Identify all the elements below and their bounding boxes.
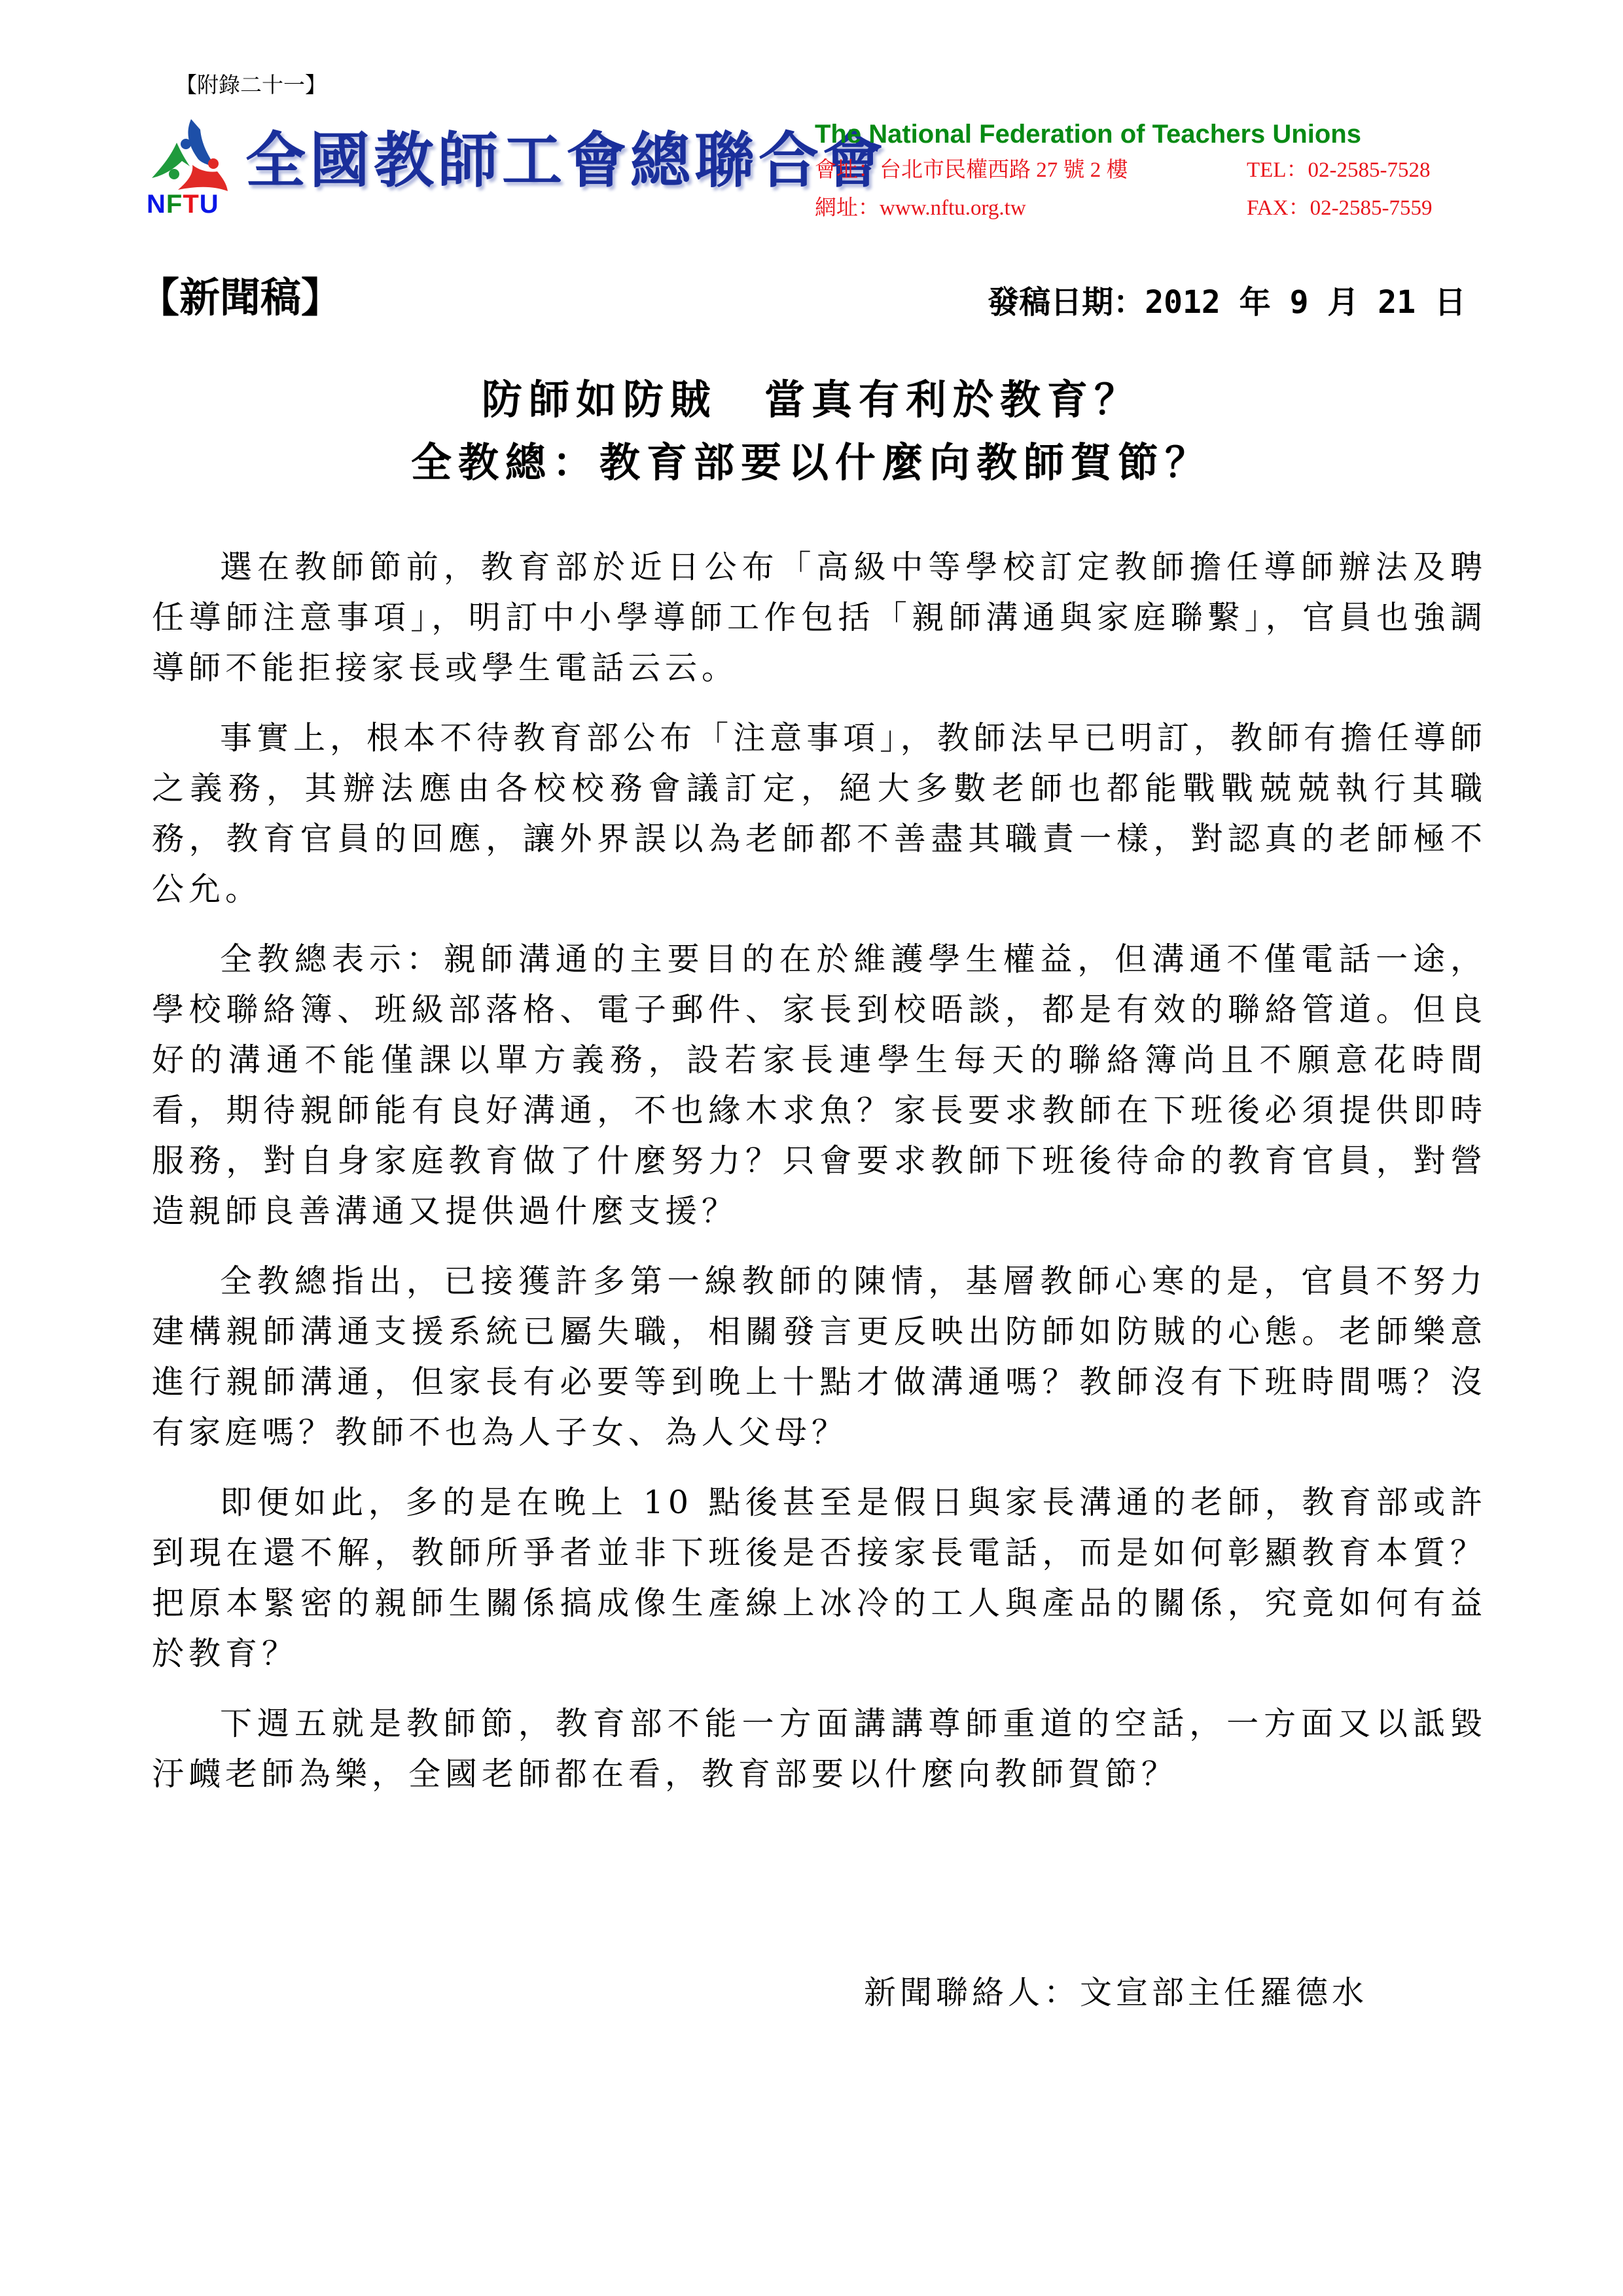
paragraph: 即便如此，多的是在晚上 10 點後甚至是假日與家長溝通的老師，教育部或許到現在還…: [152, 1477, 1487, 1679]
org-address: 會址：台北市民權西路 27 號 2 樓: [815, 157, 1128, 183]
logo-letter-f: F: [166, 191, 183, 217]
release-date: 發稿日期：2012 年 9 月 21 日: [988, 281, 1466, 323]
org-name-chinese: 全國教師工會總聯合會: [245, 124, 887, 196]
article-body: 選在教師節前，教育部於近日公布「高級中等學校訂定教師擔任導師辦法及聘任導師注意事…: [152, 542, 1487, 1819]
headline-secondary: 全教總：教育部要以什麼向教師賀節？: [0, 435, 1623, 491]
paragraph: 事實上，根本不待教育部公布「注意事項」，教師法早已明訂，教師有擔任導師之義務，其…: [152, 713, 1487, 914]
logo-letter-u: U: [200, 191, 219, 217]
nftu-emblem-icon: [145, 118, 237, 196]
headline-primary: 防師如防賊 當真有利於教育？: [0, 372, 1623, 428]
paragraph: 選在教師節前，教育部於近日公布「高級中等學校訂定教師擔任導師辦法及聘任導師注意事…: [152, 542, 1487, 693]
nftu-logo-text: NFTU: [147, 191, 219, 217]
press-contact: 新聞聯絡人：文宣部主任羅德水: [864, 1970, 1368, 2016]
paragraph: 下週五就是教師節，教育部不能一方面講講尊師重道的空話，一方面又以詆毀汙衊老師為樂…: [152, 1698, 1487, 1799]
logo-letter-t: T: [183, 191, 199, 217]
logo-letter-n: N: [147, 191, 166, 217]
paragraph: 全教總表示：親師溝通的主要目的在於維護學生權益，但溝通不僅電話一途，學校聯絡簿、…: [152, 934, 1487, 1236]
org-website: 網址：www.nftu.org.tw: [815, 195, 1026, 221]
press-release-label: 【新聞稿】: [139, 272, 342, 324]
org-name-english: The National Federation of Teachers Unio…: [815, 119, 1361, 149]
appendix-label: 【附錄二十一】: [175, 68, 327, 99]
paragraph: 全教總指出，已接獲許多第一線教師的陳情，基層教師心寒的是，官員不努力建構親師溝通…: [152, 1256, 1487, 1458]
org-telephone: TEL：02-2585-7528: [1247, 157, 1430, 183]
org-fax: FAX：02-2585-7559: [1247, 195, 1433, 221]
